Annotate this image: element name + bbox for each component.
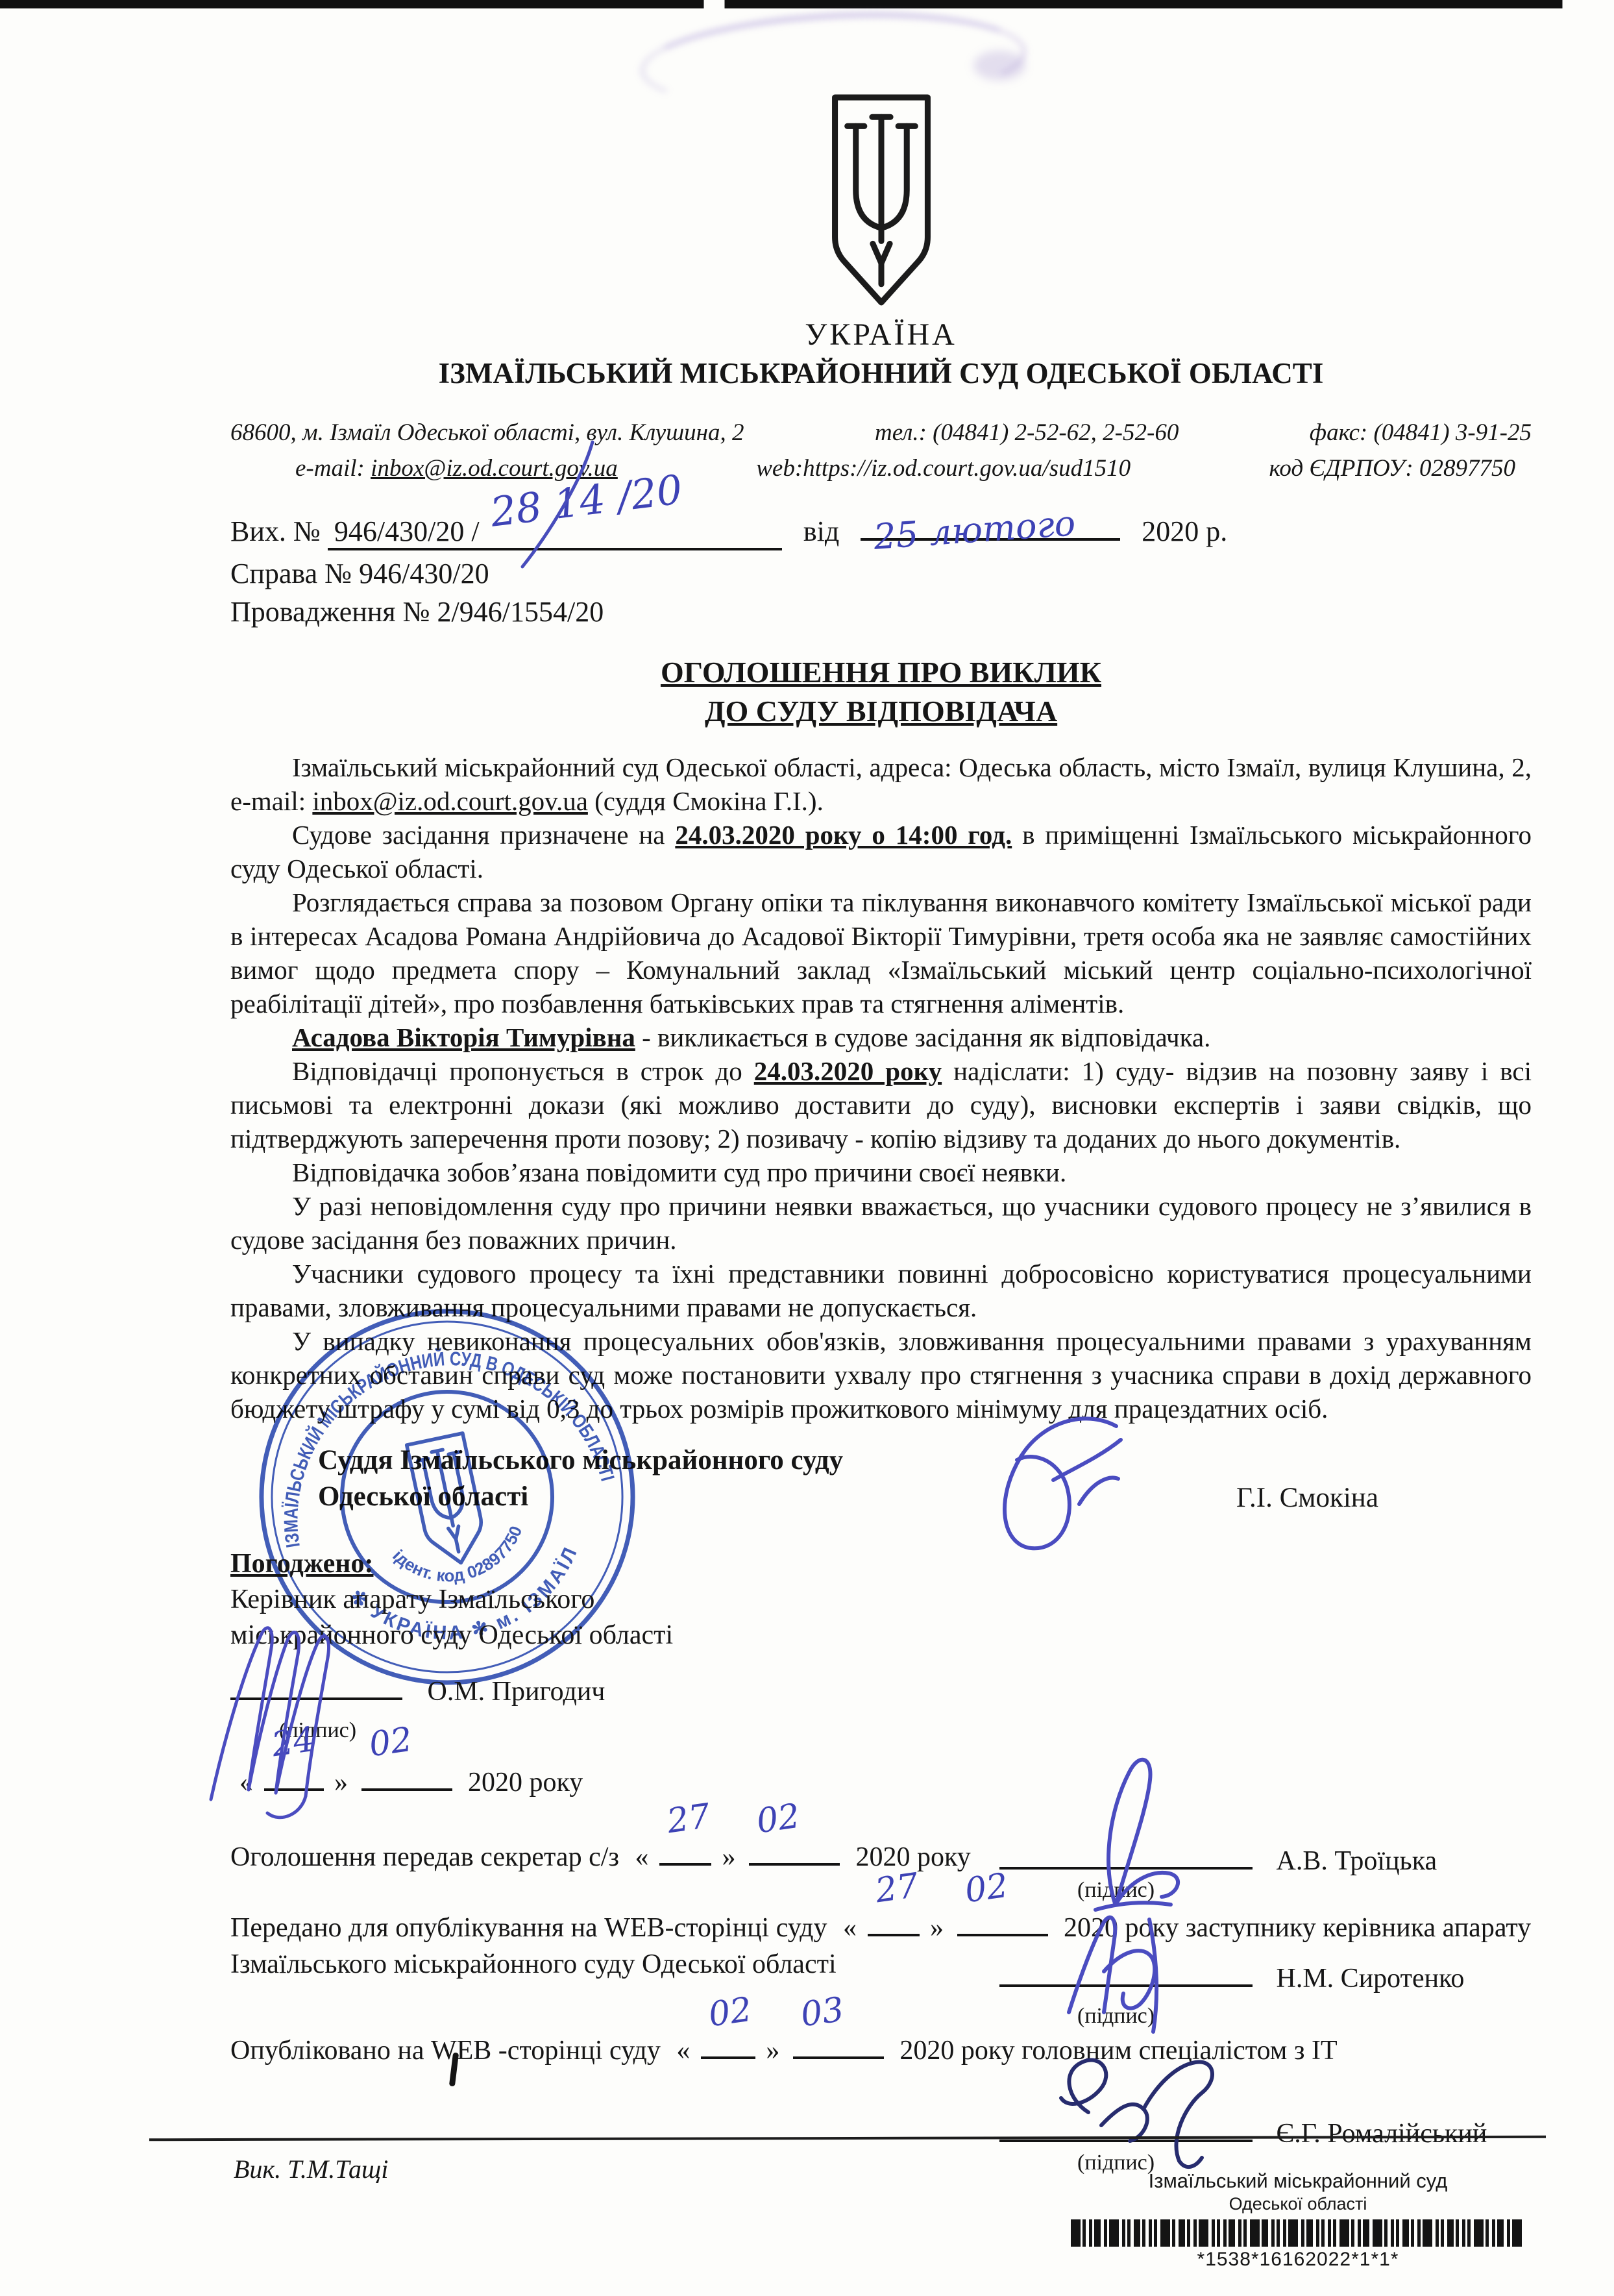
secretary-line: Оголошення передав секретар с/з « 27 » 0… [230, 1831, 1532, 1873]
title-line-2: ДО СУДУ ВІДПОВІДАЧА [230, 692, 1532, 731]
signature-line [999, 1836, 1253, 1870]
document-title: ОГОЛОШЕННЯ ПРО ВИКЛИК ДО СУДУ ВІДПОВІДАЧ… [230, 653, 1532, 731]
outgoing-number-line: Вих. № 946/430/20 / 28 14 /20 від 25 лют… [230, 515, 1532, 550]
agreed-day-field: 24 [264, 1756, 324, 1791]
agreed-date-row: « 24 » 02 2020 року [230, 1756, 1532, 1801]
secretary-sign-block: А.В. Троїцька (підпис) [999, 1836, 1506, 1903]
deputy-sign-block: Н.М. Сиротенко (підпис) [999, 1953, 1506, 2034]
email-label: e-mail: [295, 455, 371, 482]
quote-close: » [334, 1768, 348, 1797]
postal-address: 68600, м. Ізмаїл Одеської області, вул. … [230, 419, 744, 447]
footer-court-line-2: Одеської області [1045, 2194, 1551, 2214]
web-publish-text: Опубліковано на WEB -сторінці суду [230, 2036, 661, 2066]
paragraph: У разі неповідомлення суду про причини н… [230, 1189, 1532, 1257]
agreed-role-line-2: міськрайонного суду Одеської області [230, 1618, 1532, 1653]
reference-block: Вих. № 946/430/20 / 28 14 /20 від 25 лют… [230, 515, 1532, 628]
quote-open: « [239, 1768, 253, 1797]
website: web:https://iz.od.court.gov.ua/sud1510 [756, 454, 1131, 482]
agreed-name: О.М. Пригодич [428, 1677, 605, 1707]
agreed-signature-field [230, 1664, 402, 1700]
outgoing-label: Вих. № [230, 515, 321, 547]
edrpou-code: код ЄДРПОУ: 02897750 [1269, 454, 1515, 482]
quote-close: » [766, 2036, 779, 2066]
paragraph: Відповідачці пропонується в строк до 24.… [230, 1054, 1532, 1155]
secretary-month-handwritten: 02 [754, 1797, 802, 1842]
paragraph: Відповідачка зобов’язана повідомити суд … [230, 1155, 1532, 1189]
paragraph: Розглядається справа за позовом Органу о… [230, 885, 1532, 1020]
paragraph: Ізмаїльський міськрайонний суд Одеської … [230, 750, 1532, 818]
signature-line [999, 1953, 1253, 1987]
it-specialist-sign-block: Є.Г. Ромалійський (підпис) [999, 2108, 1506, 2175]
court-name-heading: ІЗМАЇЛЬСЬКИЙ МІСЬКРАЙОННИЙ СУД ОДЕСЬКОЇ … [230, 356, 1532, 390]
outgoing-number-field: 946/430/20 / 28 14 /20 [328, 515, 782, 550]
secretary-text: Оголошення передав секретар с/з [230, 1842, 619, 1872]
fax-number: факс: (04841) 3-91-25 [1310, 419, 1532, 447]
agreed-heading: Погоджено: [230, 1546, 1532, 1582]
phone-number: тел.: (04841) 2-52-62, 2-52-60 [875, 419, 1179, 447]
transfer-day-handwritten: 27 [873, 1868, 920, 1910]
quote-close: » [930, 1913, 944, 1943]
date-field: 25 лютого [861, 538, 1120, 541]
agreed-year: 2020 року [468, 1768, 583, 1797]
secretary-day-field: 27 [659, 1831, 711, 1866]
paragraph: Асадова Вікторія Тимурівна - викликаєтьс… [230, 1020, 1532, 1054]
publish-day-field: 02 [701, 2024, 755, 2059]
barcode-bars [1045, 2219, 1551, 2247]
web-transfer-text: Передано для опублікування на WEB-сторін… [230, 1913, 827, 1943]
transfer-month-field: 02 [957, 1901, 1048, 1936]
it-specialist-name: Є.Г. Ромалійський [1277, 2119, 1487, 2149]
judge-signature-block: ІЗМАЇЛЬСЬКИЙ МІСЬКРАЙОННИЙ СУД В ОДЕСЬКІ… [230, 1442, 1532, 1515]
agreed-block: Погоджено: Керівник апарату Ізмаїльськог… [230, 1546, 1532, 1801]
document-content: УКРАЇНА ІЗМАЇЛЬСЬКИЙ МІСЬКРАЙОННИЙ СУД О… [230, 0, 1532, 2238]
footer-court-block: Ізмаїльський міськрайонний суд Одеської … [1045, 2169, 1551, 2271]
secretary-year: 2020 року [855, 1842, 970, 1872]
web-publish-tail: 2020 року головним спеціалістом з ІТ [899, 2036, 1337, 2066]
barcode-text: *1538*16162022*1*1* [1045, 2249, 1551, 2271]
secretary-name: А.В. Троїцька [1277, 1846, 1437, 1876]
judge-name: Г.І. Смокіна [1236, 1480, 1378, 1516]
address-row: 68600, м. Ізмаїл Одеської області, вул. … [230, 419, 1532, 447]
quote-open: « [843, 1913, 857, 1943]
agreed-sign-row: О.М. Пригодич [230, 1664, 1532, 1710]
country-name: УКРАЇНА [230, 317, 1532, 352]
year-label: 2020 р. [1142, 515, 1227, 547]
title-line-1: ОГОЛОШЕННЯ ПРО ВИКЛИК [230, 653, 1532, 692]
web-transfer-line-1: Передано для опублікування на WEB-сторін… [230, 1901, 1532, 1946]
scanned-court-document: УКРАЇНА ІЗМАЇЛЬСЬКИЙ МІСЬКРАЙОННИЙ СУД О… [0, 0, 1614, 2296]
signature-caption: (підпис) [279, 1712, 1532, 1748]
publish-day-handwritten: 02 [706, 1990, 754, 2035]
quote-open: « [635, 1842, 648, 1872]
outgoing-number-printed: 946/430/20 / [334, 515, 480, 547]
signature-caption: (підпис) [1077, 1878, 1506, 1903]
paragraph: Судове засідання призначене на 24.03.202… [230, 818, 1532, 885]
secretary-month-field: 02 [749, 1831, 840, 1866]
web-transfer-tail: 2020 року заступнику керівника апарату [1064, 1913, 1531, 1943]
case-number: Справа № 946/430/20 [230, 557, 1532, 590]
from-label: від [803, 515, 839, 547]
deputy-name: Н.М. Сиротенко [1277, 1964, 1465, 1994]
proceeding-number: Провадження № 2/946/1554/20 [230, 595, 1532, 628]
agreed-month-field: 02 [361, 1756, 452, 1791]
quote-open: « [676, 2036, 690, 2066]
coat-of-arms-icon [825, 92, 937, 308]
contacts-row: e-mail: inbox@iz.od.court.gov.ua web:htt… [230, 454, 1532, 482]
web-transfer-block: Передано для опублікування на WEB-сторін… [230, 1901, 1532, 1982]
footer-court-line-1: Ізмаїльський міськрайонний суд [1045, 2169, 1551, 2193]
date-handwritten: 25 лютого [872, 502, 1077, 558]
publish-month-handwritten: 03 [798, 1990, 846, 2035]
secretary-day-handwritten: 27 [665, 1797, 713, 1842]
publish-month-field: 03 [793, 2024, 884, 2059]
quote-close: » [722, 1842, 735, 1872]
agreed-role-line-1: Керівник апарату Ізмаїльського [230, 1582, 1532, 1618]
executor-name: Вик. Т.М.Тащі [234, 2154, 388, 2184]
transfer-day-field: 27 [868, 1901, 920, 1936]
email-line: e-mail: inbox@iz.od.court.gov.ua [295, 454, 618, 482]
email-address: inbox@iz.od.court.gov.ua [371, 455, 618, 482]
